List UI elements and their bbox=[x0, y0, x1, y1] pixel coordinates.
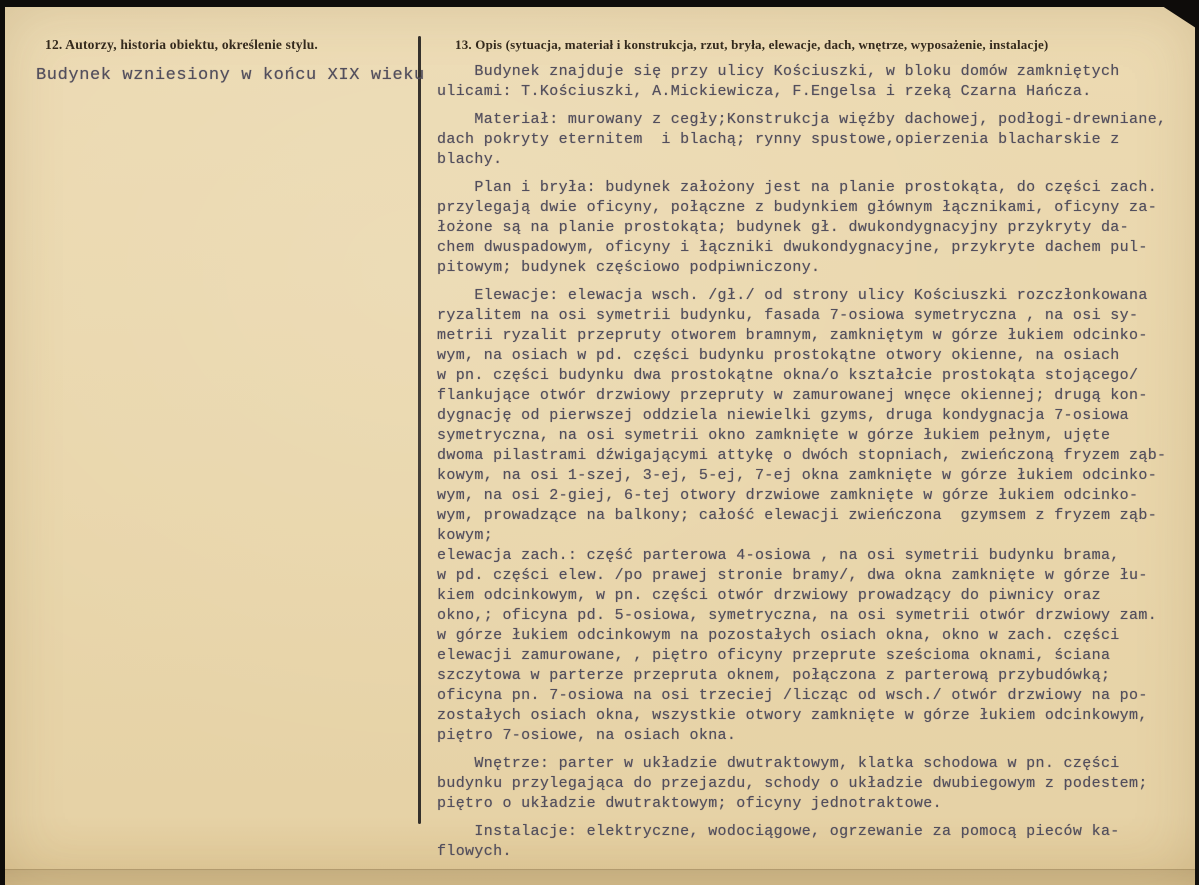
typewritten-line: kowym; bbox=[437, 526, 1197, 546]
typewritten-line: flankujące otwór drzwiowy przepruty w za… bbox=[437, 386, 1197, 406]
paragraph: Wnętrze: parter w układzie dwutraktowym,… bbox=[437, 754, 1197, 814]
paragraph: Elewacje: elewacja wsch. /gł./ od strony… bbox=[437, 286, 1197, 746]
scan-edge-left bbox=[0, 0, 5, 885]
typewritten-line: chem dwuspadowym, oficyny i łączniki dwu… bbox=[437, 238, 1197, 258]
typewritten-line: w pd. części elew. /po prawej stronie br… bbox=[437, 566, 1197, 586]
typewritten-line: Budynek znajduje się przy ulicy Kościusz… bbox=[437, 62, 1197, 82]
typewritten-line: flowych. bbox=[437, 842, 1197, 862]
typewritten-line: szczytowa w parterze przepruta oknem, po… bbox=[437, 666, 1197, 686]
typewritten-line: dach pokryty eternitem i blachą; rynny s… bbox=[437, 130, 1197, 150]
typewritten-line: zostałych osiach okna, wszystkie otwory … bbox=[437, 706, 1197, 726]
section-12-header: 12. Autorzy, historia obiektu, określeni… bbox=[45, 37, 318, 53]
paper-fold-shadow bbox=[5, 869, 1195, 885]
paragraph: Materiał: murowany z cegły;Konstrukcja w… bbox=[437, 110, 1197, 170]
scan-edge-top bbox=[0, 0, 1199, 7]
column-divider bbox=[418, 36, 421, 824]
typewritten-line: elewacja zach.: część parterowa 4-osiowa… bbox=[437, 546, 1197, 566]
typewritten-line: piętro o układzie dwutraktowym; oficyny … bbox=[437, 794, 1197, 814]
typewritten-line: elewacji zamurowane, , piętro oficyny pr… bbox=[437, 646, 1197, 666]
typewritten-line: łożone są na planie prostokąta; budynek … bbox=[437, 218, 1197, 238]
typewritten-line: kowym, na osi 1-szej, 3-ej, 5-ej, 7-ej o… bbox=[437, 466, 1197, 486]
typewritten-line: ulicami: T.Kościuszki, A.Mickiewicza, F.… bbox=[437, 82, 1197, 102]
scanned-document-page: { "page": { "paper_color": "#e9d6ab", "e… bbox=[0, 0, 1199, 885]
typewritten-line: blachy. bbox=[437, 150, 1197, 170]
typewritten-line: Materiał: murowany z cegły;Konstrukcja w… bbox=[437, 110, 1197, 130]
typewritten-line: dwoma pilastrami dźwigającymi attykę o d… bbox=[437, 446, 1197, 466]
typewritten-line: wym, prowadzące na balkony; całość elewa… bbox=[437, 506, 1197, 526]
typewritten-line: kiem odcinkowym, w pn. części otwór drzw… bbox=[437, 586, 1197, 606]
typewritten-line: przylegają dwie oficyny, połączne z budy… bbox=[437, 198, 1197, 218]
typewritten-line: dygnację od pierwszej oddziela niewielki… bbox=[437, 406, 1197, 426]
typewritten-line: Plan i bryła: budynek założony jest na p… bbox=[437, 178, 1197, 198]
typewritten-line: wym, na osiach w pd. części budynku pros… bbox=[437, 346, 1197, 366]
typewritten-line: Elewacje: elewacja wsch. /gł./ od strony… bbox=[437, 286, 1197, 306]
description-paragraphs: Budynek znajduje się przy ulicy Kościusz… bbox=[437, 62, 1197, 870]
typewritten-line: pitowym; budynek częściowo podpiwniczony… bbox=[437, 258, 1197, 278]
typewritten-line: okno,; oficyna pd. 5-osiowa, symetryczna… bbox=[437, 606, 1197, 626]
typewritten-line: piętro 7-osiowe, na osiach okna. bbox=[437, 726, 1197, 746]
typewritten-line: metrii ryzalit przepruty otworem bramnym… bbox=[437, 326, 1197, 346]
typewritten-line: ryzalitem na osi symetrii budynku, fasad… bbox=[437, 306, 1197, 326]
paragraph: Budynek znajduje się przy ulicy Kościusz… bbox=[437, 62, 1197, 102]
scan-corner-top-right bbox=[1153, 0, 1199, 30]
section-13-header: 13. Opis (sytuacja, materiał i konstrukc… bbox=[455, 37, 1048, 53]
typewritten-line: Instalacje: elektryczne, wodociągowe, og… bbox=[437, 822, 1197, 842]
history-typed-text: Budynek wzniesiony w końcu XIX wieku bbox=[36, 66, 425, 85]
paragraph: Plan i bryła: budynek założony jest na p… bbox=[437, 178, 1197, 278]
typewritten-line: Wnętrze: parter w układzie dwutraktowym,… bbox=[437, 754, 1197, 774]
typewritten-line: budynku przylegająca do przejazdu, schod… bbox=[437, 774, 1197, 794]
typewritten-line: wym, na osi 2-giej, 6-tej otwory drzwiow… bbox=[437, 486, 1197, 506]
paragraph: Instalacje: elektryczne, wodociągowe, og… bbox=[437, 822, 1197, 862]
typewritten-line: w górze łukiem odcinkowym na pozostałych… bbox=[437, 626, 1197, 646]
typewritten-line: oficyna pn. 7-osiowa na osi trzeciej /li… bbox=[437, 686, 1197, 706]
typewritten-line: symetryczna, na osi symetrii okno zamkni… bbox=[437, 426, 1197, 446]
typewritten-line: w pn. części budynku dwa prostokątne okn… bbox=[437, 366, 1197, 386]
